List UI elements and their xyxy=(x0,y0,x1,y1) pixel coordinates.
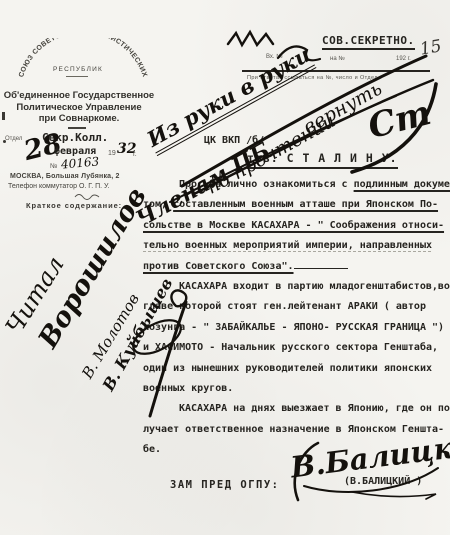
secrecy-stamp: СОВ.СЕКРЕТНО. xyxy=(322,34,415,50)
signer-name-typed: (В.БАЛИЦКИЙ ) xyxy=(344,476,422,487)
body-segment: военных кругов. xyxy=(143,383,233,394)
org-name: Об'единенное Государственное Политическо… xyxy=(0,90,158,125)
letterhead-divider xyxy=(68,127,86,129)
handwritten-doc-number: 40163 xyxy=(60,154,99,171)
body-line: и ХАСИМОТО - Начальник русского сектора … xyxy=(143,338,446,358)
emblem-divider xyxy=(66,76,88,77)
form-year-blank: 192 г. xyxy=(396,56,411,62)
handwritten-page-number: 15 xyxy=(418,36,443,59)
body-segment-underlined: сольстве в Москве КАСАХАРА - " Соображен… xyxy=(143,220,444,231)
date-year-printed: 19 xyxy=(108,150,116,157)
org-line-2: Политическое Управление xyxy=(0,102,158,114)
body-segment-underlined: подлинным докумен- xyxy=(354,179,450,190)
letterhead-phone: Телефон коммутатор О. Г. П. У. xyxy=(8,183,110,190)
org-line-1: Об'единенное Государственное xyxy=(0,90,158,102)
body-line: лозунга - " ЗАБАЙКАЛЬЕ - ЯПОНО- РУССКАЯ … xyxy=(143,318,446,338)
body-line: сольстве в Москве КАСАХАРА - " Соображен… xyxy=(143,216,446,236)
body-segment: лучает ответственное назначение в Японск… xyxy=(143,424,444,435)
body-line: КАСАХАРА входит в партию младогенштабист… xyxy=(143,277,446,297)
dept-label: Отдел xyxy=(5,136,22,142)
org-line-3: при Совнаркоме. xyxy=(0,113,158,125)
letterhead-address: МОСКВА, Большая Лубянка, 2 xyxy=(10,173,120,180)
body-segment: тельно военных мероприятий империи, напр… xyxy=(143,240,432,251)
underline-extension xyxy=(294,257,348,269)
body-line: против Советского Союза". xyxy=(143,257,446,277)
body-line: КАСАХАРА на днях выезжает в Японию, где … xyxy=(143,399,446,419)
body-segment: КАСАХАРА на днях выезжает в Японию, где … xyxy=(179,403,450,414)
body-text: Просьба лично ознакомиться с подлинным д… xyxy=(143,175,446,461)
body-segment: один из нынешних руководителей политики … xyxy=(143,363,432,374)
date-suffix: г. xyxy=(133,151,137,158)
document-page: СОЮЗ СОВЕТСКИХ СОЦИАЛИСТИЧЕСКИХ РЕСПУБЛИ… xyxy=(0,0,450,535)
body-line: тельно военных мероприятий империи, напр… xyxy=(143,236,446,256)
emblem-sub-text: РЕСПУБЛИК xyxy=(20,66,136,73)
flourish-ornament xyxy=(74,193,100,201)
body-line: один из нынешних руководителей политики … xyxy=(143,359,446,379)
form-on-number-label: на № xyxy=(330,56,345,62)
body-segment-underlined: против Советского Союза". xyxy=(143,261,294,272)
scan-speckle xyxy=(2,112,5,120)
body-line: военных кругов. xyxy=(143,379,446,399)
body-segment: лозунга - " ЗАБАЙКАЛЬЕ - ЯПОНО- РУССКАЯ … xyxy=(143,322,444,333)
body-segment: и ХАСИМОТО - Начальник русского сектора … xyxy=(143,342,438,353)
number-sign: № xyxy=(50,163,58,170)
body-segment: бе. xyxy=(143,444,161,455)
body-segment-underlined: составленным военным атташе при Японском… xyxy=(173,199,438,210)
body-line: главе которой стоят ген.лейтенант АРАКИ … xyxy=(143,297,446,317)
summary-label: Краткое содержание: xyxy=(26,201,122,210)
scan-speckle xyxy=(3,140,6,143)
signer-title: ЗАМ ПРЕД ОГПУ: xyxy=(170,479,280,491)
body-segment: главе которой стоят ген.лейтенант АРАКИ … xyxy=(143,301,426,312)
body-segment: КАСАХАРА входит в партию младогенштабист… xyxy=(179,281,450,292)
